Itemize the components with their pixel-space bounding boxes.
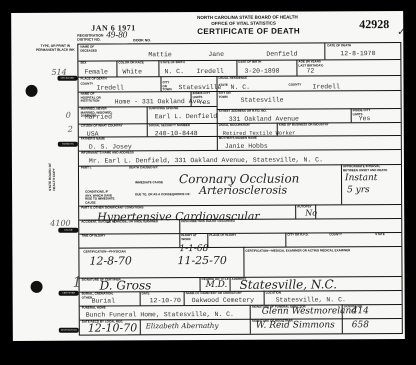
registrar-signature: W. Reid Simmons [256, 320, 335, 330]
label: KIND OF BUSINESS OR INDUSTRY [279, 123, 329, 127]
cemetery-location: Statesville, N. C. [276, 296, 346, 303]
age: 72 [306, 67, 314, 74]
label: CITIZEN OF WHAT COUNTRY [81, 124, 123, 128]
label: CONDITIONS, IF ANY, WHICH GAVE RISE TO I… [85, 190, 115, 204]
certifier-title: M.D. [206, 280, 228, 290]
label: MOTHER'S MAIDEN NAME [219, 137, 257, 141]
section-tab-deceased: DECEASED [57, 76, 77, 81]
label: DEATH CAUSED BY: [129, 166, 158, 170]
date-received: 12-10-70 [88, 321, 138, 334]
registrar-license: 658 [352, 320, 369, 330]
label: INJURY AT WORK [181, 234, 205, 241]
label: SURVIVING SPOUSE [149, 107, 179, 111]
certificate-paper: JAN 6 1971 NORTH CAROLINA STATE BOARD OF… [11, 11, 405, 341]
label: COUNTY [329, 233, 342, 237]
residence-inside-city: Yes [359, 115, 371, 122]
agency-office: OFFICE OF VITAL STATISTICS [211, 21, 276, 26]
label: DATE OF BIRTH [238, 61, 261, 65]
label: APPROXIMATE INTERVAL BETWEEN ONSET AND D… [343, 165, 393, 172]
middle-name: Jane [208, 51, 224, 58]
inside-city: Yes [199, 99, 211, 106]
label: INSIDE CITY LIMITS [193, 92, 215, 99]
label: SEX [80, 62, 86, 66]
date-signed: 12-8-70 [89, 254, 132, 267]
label: PLACE OF DEATH [80, 78, 106, 82]
label: USUAL RESIDENCE [218, 77, 247, 81]
label: PART I. [81, 167, 91, 171]
label: COLOR OR RACE [118, 61, 144, 65]
registration-label: REGISTRATION DISTRICT NO. [77, 34, 105, 42]
side-instruction: TYPE, OR PRINT IN PERMANENT BLACK INK [35, 44, 75, 52]
label: DUE TO, OR AS A CONSEQUENCE OF: [135, 193, 190, 197]
punch-hole [31, 281, 43, 293]
surviving-spouse: Earl L. Denfield [155, 113, 217, 120]
label: FATHER'S NAME [81, 138, 105, 142]
section-tab-certifier: CERTIFIER [59, 291, 79, 296]
registration-number: 49-80 [106, 29, 127, 39]
label: DATE OF DEATH [327, 44, 351, 48]
due-to-cause: Arteriosclerosis [199, 184, 287, 197]
director-license: 414 [352, 306, 369, 316]
label: NAME OF DECEASED [80, 46, 110, 53]
birth-state: N. C. [164, 68, 184, 75]
agency-name: NORTH CAROLINA STATE BOARD OF HEALTH [197, 15, 298, 21]
label: STATE OF BIRTH [160, 61, 184, 65]
label: STATE [219, 84, 228, 88]
interval-due-to: 5 yrs [347, 185, 370, 195]
label: USUAL OCCUPATION [219, 124, 263, 128]
label: TIME OF INJURY [81, 235, 105, 239]
certificate-number: 42928 [359, 17, 389, 32]
label: CITY OR TOWN [163, 81, 175, 92]
label: NAME OF CEMETERY OR CREMATORY [186, 292, 242, 296]
label: COUNTY [81, 83, 94, 87]
state-copy-label: STATE BOARD OF HEALTH COPY [48, 161, 56, 191]
punch-hole [26, 85, 38, 97]
attended-from: 1-1-68 [179, 244, 208, 254]
funeral-home: Bunch Funeral Home, Statesville, N. C. [86, 311, 234, 319]
label: FUNERAL HOME [82, 307, 106, 311]
informant: Mr. Earl L. Denfield, 331 Oakland Avenue… [89, 156, 323, 164]
book-number-label: BOOK NO. [133, 38, 151, 42]
label: DATE [142, 292, 150, 296]
label: IMMEDIATE CAUSE [135, 181, 163, 185]
disposition-date: 12-10-70 [150, 297, 181, 304]
margin-note: 0 [66, 111, 71, 120]
last-name: Denfield [266, 51, 297, 58]
label: PLACE OF INJURY [209, 234, 236, 238]
interval-immediate: Instant [345, 173, 377, 183]
label: ACCIDENT, SUICIDE, HOMICIDE, OR UNDETERM… [81, 220, 158, 224]
label: LOCATION [266, 292, 281, 296]
label: INFORMANT'S NAME AND ADDRESS [81, 151, 134, 155]
check-mark-icon: ✓ [397, 27, 405, 38]
disposition-method: Burial [92, 297, 115, 304]
local-registrar-signature: Elizabeth Abernathy [146, 322, 219, 330]
birth-county: Iredell [196, 68, 223, 75]
label: NAME OF HOSPITAL OR INSTITUTION [81, 93, 105, 104]
date-of-birth: 3-20-1898 [244, 68, 279, 75]
section-tab-parents: PARENTS [58, 142, 78, 147]
residence-city: Statesville [241, 97, 284, 104]
color: White [122, 68, 142, 75]
sex: Female [84, 69, 107, 76]
date-of-death: 12-8-1970 [340, 50, 375, 57]
document-title: CERTIFICATE OF DEATH [197, 27, 300, 37]
label: COUNTY [289, 84, 302, 88]
marital-status: Married [85, 114, 112, 121]
label: SOCIAL SECURITY NUMBER [149, 124, 190, 128]
label: STATE [375, 233, 384, 237]
label: DESCRIBE HOW INJURY OCCURRED [181, 220, 235, 224]
certificate-form: NAME OF DECEASED Mattie Jane Denfield DA… [77, 42, 403, 336]
cemetery: Oakwood Cemetery [192, 297, 254, 304]
label: CERTIFICATION—MEDICAL EXAMINER OR ACTING… [245, 249, 395, 253]
section-tab-disposition: DISPOSITION [59, 328, 79, 333]
margin-note: 2 [68, 125, 73, 134]
label: AGE (IN YEARS LAST BIRTHDAY) [298, 60, 326, 67]
section-tab-cause: CAUSE [58, 228, 78, 233]
last-seen-date: 11-25-70 [177, 254, 227, 267]
first-name: Mattie [148, 51, 171, 58]
margin-note: 4100 [50, 219, 70, 228]
label: STREET ADDRESS OR R.F.D. No. [219, 110, 267, 114]
label: CITY OR R.F.D. [287, 233, 308, 237]
label: CITY OR TOWN [219, 92, 233, 99]
